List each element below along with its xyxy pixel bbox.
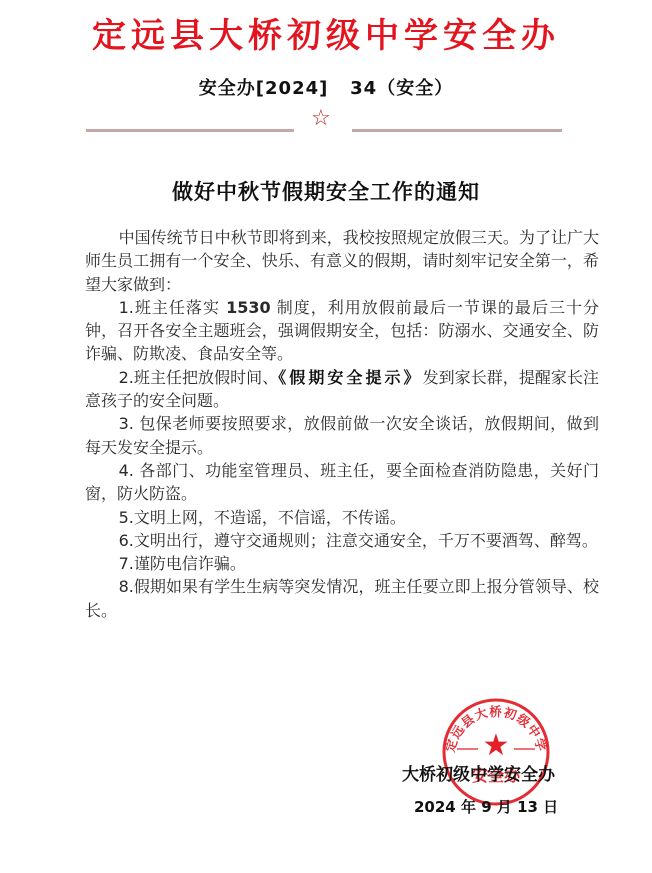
item-number: 2.	[119, 368, 134, 387]
item-number: 4.	[119, 461, 140, 480]
item-number: 3.	[119, 414, 140, 433]
issuing-office-title: 定远县大桥初级中学安全办	[0, 14, 652, 58]
header-divider-left	[86, 129, 294, 132]
star-icon: ☆	[311, 108, 331, 130]
document-number: 安全办[2024] 34（安全）	[0, 74, 652, 100]
list-item-5: 5.文明上网，不造谣，不信谣，不传谣。	[85, 506, 599, 529]
list-item-8: 8.假期如果有学生生病等突发情况，班主任要立即上报分管领导、校长。	[85, 575, 599, 622]
bold-term: 1530	[226, 298, 271, 317]
item-number: 5.	[119, 508, 134, 527]
signing-office: 大桥初级中学安全办	[402, 760, 555, 785]
item-number: 8.	[119, 577, 134, 596]
document-reference: 《假期安全提示》	[278, 368, 422, 387]
signing-date: 2024 年 9 月 13 日	[414, 796, 558, 817]
item-number: 6.	[119, 531, 134, 550]
list-item-2: 2.班主任把放假时间、《假期安全提示》发到家长群，提醒家长注意孩子的安全问题。	[85, 366, 599, 413]
intro-paragraph: 中国传统节日中秋节即将到来，我校按照规定放假三天。为了让广大师生员工拥有一个安全…	[85, 226, 599, 296]
official-seal-stamp: 定远县大桥初级中学 ★ 安全办	[441, 697, 551, 807]
notice-title: 做好中秋节假期安全工作的通知	[0, 176, 652, 206]
notice-body: 中国传统节日中秋节即将到来，我校按照规定放假三天。为了让广大师生员工拥有一个安全…	[85, 226, 599, 622]
item-number: 7.	[119, 554, 134, 573]
list-item-4: 4. 各部门、功能室管理员、班主任，要全面检查消防隐患，关好门窗，防火防盗。	[85, 459, 599, 506]
list-item-1: 1.班主任落实 1530 制度，利用放假前最后一节课的最后三十分钟，召开各安全主…	[85, 296, 599, 366]
list-item-7: 7.谨防电信诈骗。	[85, 552, 599, 575]
list-item-6: 6.文明出行，遵守交通规则；注意交通安全，千万不要酒驾、醉驾。	[85, 529, 599, 552]
seal-star-icon: ★	[483, 728, 510, 763]
list-item-3: 3. 包保老师要按照要求，放假前做一次安全谈话，放假期间，做到每天发安全提示。	[85, 412, 599, 459]
header-divider-right	[352, 129, 562, 132]
item-number: 1.	[119, 298, 134, 317]
